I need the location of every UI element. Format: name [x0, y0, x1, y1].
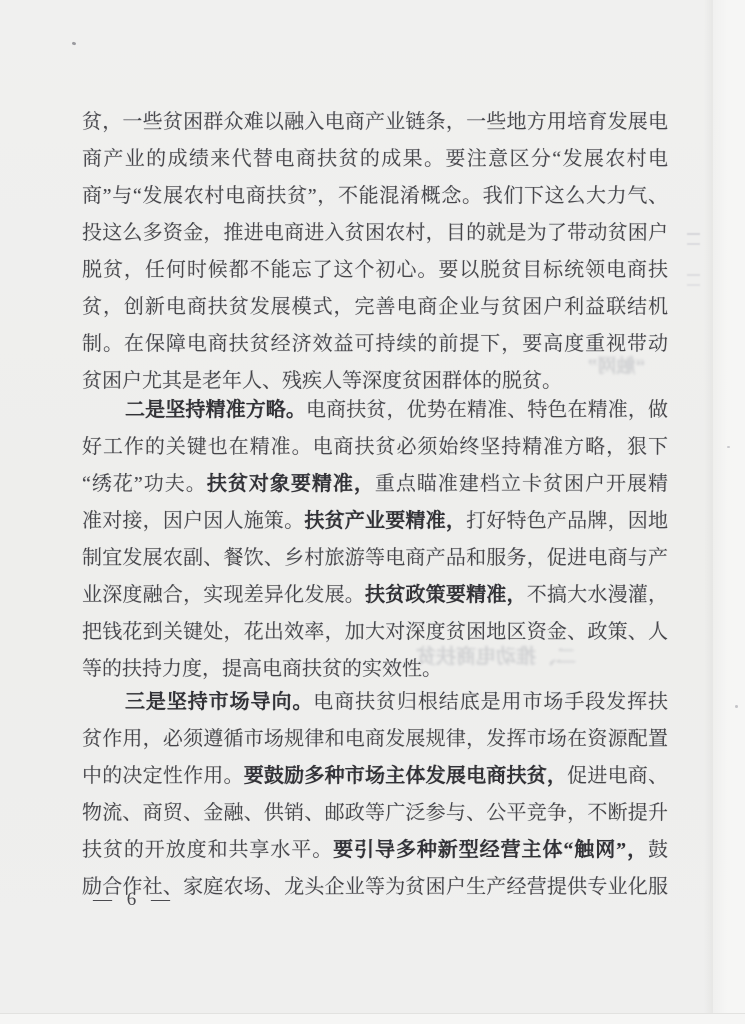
- scanned-document-page: 贫，一些贫困群众难以融入电商产业链条，一些地方用培育发展电商产业的成绩来代替电商…: [0, 0, 745, 1024]
- text-run: 二是坚持精准方略。: [125, 399, 306, 421]
- binding-mark: [687, 274, 700, 286]
- text-line: 准对接，因户因人施策。扶贫产业要精准，打好特色产品牌，因地: [82, 503, 668, 540]
- text-run: 重点瞄准建档立卡贫困户开展精: [375, 473, 668, 495]
- text-run: 要鼓励多种市场主体发展电商扶贫，: [244, 765, 567, 787]
- text-run: 打好特色产品牌，因地: [466, 510, 668, 532]
- text-run: 商产业的成绩来代替电商扶贫的成果。要注意区分“发展农村电: [82, 148, 668, 170]
- text-line: 商产业的成绩来代替电商扶贫的成果。要注意区分“发展农村电: [82, 141, 668, 178]
- text-run: 三是坚持市场导向。: [125, 691, 313, 713]
- text-run: 业深度融合，实现差异化发展。: [82, 584, 365, 606]
- text-run: 中的决定性作用。: [82, 765, 244, 787]
- text-line: 脱贫，任何时候都不能忘了这个初心。要以脱贫目标统领电商扶: [82, 252, 668, 289]
- text-run: 贫作用，必须遵循市场规律和电商发展规律，发挥市场在资源配置: [82, 728, 668, 750]
- text-line: 把钱花到关键处，花出效率，加大对深度贫困地区资金、政策、人才: [82, 614, 668, 651]
- scan-speck: [735, 705, 738, 708]
- text-run: 电商扶贫，优势在精准、特色在精准，做: [306, 399, 668, 421]
- text-run: 促进电商、: [567, 765, 668, 787]
- text-line: 三是坚持市场导向。电商扶贫归根结底是用市场手段发挥扶: [82, 684, 668, 721]
- text-run: 好工作的关键也在精准。电商扶贫必须始终坚持精准方略，狠下: [82, 436, 668, 458]
- text-line: “绣花”功夫。扶贫对象要精准，重点瞄准建档立卡贫困户开展精: [82, 466, 668, 503]
- paragraph: 贫，一些贫困群众难以融入电商产业链条，一些地方用培育发展电商产业的成绩来代替电商…: [82, 104, 668, 400]
- text-run: 贫，创新电商扶贫发展模式，完善电商企业与贫困户利益联结机: [82, 296, 668, 318]
- paragraph: 三是坚持市场导向。电商扶贫归根结底是用市场手段发挥扶贫作用，必须遵循市场规律和电…: [82, 684, 668, 906]
- text-run: 要引导多种新型经营主体“触网”，: [333, 839, 648, 861]
- text-run: 不搞大水漫灌，: [527, 584, 668, 606]
- text-run: 扶贫的开放度和共享水平。: [82, 839, 333, 861]
- text-line: 物流、商贸、金融、供销、邮政等广泛参与、公平竞争，不断提升电商: [82, 795, 668, 832]
- text-line: 贫，创新电商扶贫发展模式，完善电商企业与贫困户利益联结机: [82, 289, 668, 326]
- text-line: 制。在保障电商扶贫经济效益可持续的前提下，要高度重视带动: [82, 326, 668, 363]
- text-run: 等的扶持力度，提高电商扶贫的实效性。: [82, 658, 442, 680]
- text-run: 物流、商贸、金融、供销、邮政等广泛参与、公平竞争，不断提升电商: [82, 802, 668, 832]
- text-run: 投这么多资金，推进电商进入贫困农村，目的就是为了带动贫困户: [82, 222, 668, 244]
- text-run: 鼓: [648, 839, 668, 861]
- text-line: 业深度融合，实现差异化发展。扶贫政策要精准，不搞大水漫灌，: [82, 577, 668, 614]
- text-run: 扶贫对象要精准，: [207, 473, 375, 495]
- text-run: 贫困户尤其是老年人、残疾人等深度贫困群体的脱贫。: [82, 370, 562, 392]
- text-run: 贫，一些贫困群众难以融入电商产业链条，一些地方用培育发展电: [82, 111, 668, 133]
- text-line: 扶贫的开放度和共享水平。要引导多种新型经营主体“触网”，鼓: [82, 832, 668, 869]
- text-run: 把钱花到关键处，花出效率，加大对深度贫困地区资金、政策、人才: [82, 621, 668, 651]
- page-bottom-edge: [0, 1013, 745, 1024]
- text-run: 商”与“发展农村电商扶贫”，不能混淆概念。我们下这么大力气、: [82, 185, 668, 207]
- paragraph: 二是坚持精准方略。电商扶贫，优势在精准、特色在精准，做好工作的关键也在精准。电商…: [82, 392, 668, 688]
- text-line: 二是坚持精准方略。电商扶贫，优势在精准、特色在精准，做: [82, 392, 668, 429]
- text-run: “绣花”功夫。: [82, 473, 207, 495]
- text-line: 中的决定性作用。要鼓励多种市场主体发展电商扶贫，促进电商、: [82, 758, 668, 795]
- scan-speck: [72, 41, 77, 45]
- text-run: 制。在保障电商扶贫经济效益可持续的前提下，要高度重视带动: [82, 333, 668, 355]
- text-line: 投这么多资金，推进电商进入贫困农村，目的就是为了带动贫困户: [82, 215, 668, 252]
- text-line: 好工作的关键也在精准。电商扶贫必须始终坚持精准方略，狠下: [82, 429, 668, 466]
- text-run: 扶贫政策要精准，: [365, 584, 527, 606]
- text-run: 电商扶贫归根结底是用市场手段发挥扶: [313, 691, 668, 713]
- text-run: 脱贫，任何时候都不能忘了这个初心。要以脱贫目标统领电商扶: [82, 259, 668, 281]
- text-line: 等的扶持力度，提高电商扶贫的实效性。: [82, 651, 668, 688]
- text-line: 商”与“发展农村电商扶贫”，不能混淆概念。我们下这么大力气、: [82, 178, 668, 215]
- text-line: 制宜发展农副、餐饮、乡村旅游等电商产品和服务，促进电商与产: [82, 540, 668, 577]
- page-right-edge: [712, 0, 745, 1024]
- scan-speck: [727, 446, 730, 448]
- text-line: 贫，一些贫困群众难以融入电商产业链条，一些地方用培育发展电: [82, 104, 668, 141]
- text-run: 制宜发展农副、餐饮、乡村旅游等电商产品和服务，促进电商与产: [82, 547, 668, 569]
- text-line: 贫作用，必须遵循市场规律和电商发展规律，发挥市场在资源配置: [82, 721, 668, 758]
- text-run: 扶贫产业要精准，: [304, 510, 466, 532]
- binding-mark: [687, 233, 700, 245]
- page-number: — 6 —: [93, 889, 175, 911]
- text-run: 准对接，因户因人施策。: [82, 510, 304, 532]
